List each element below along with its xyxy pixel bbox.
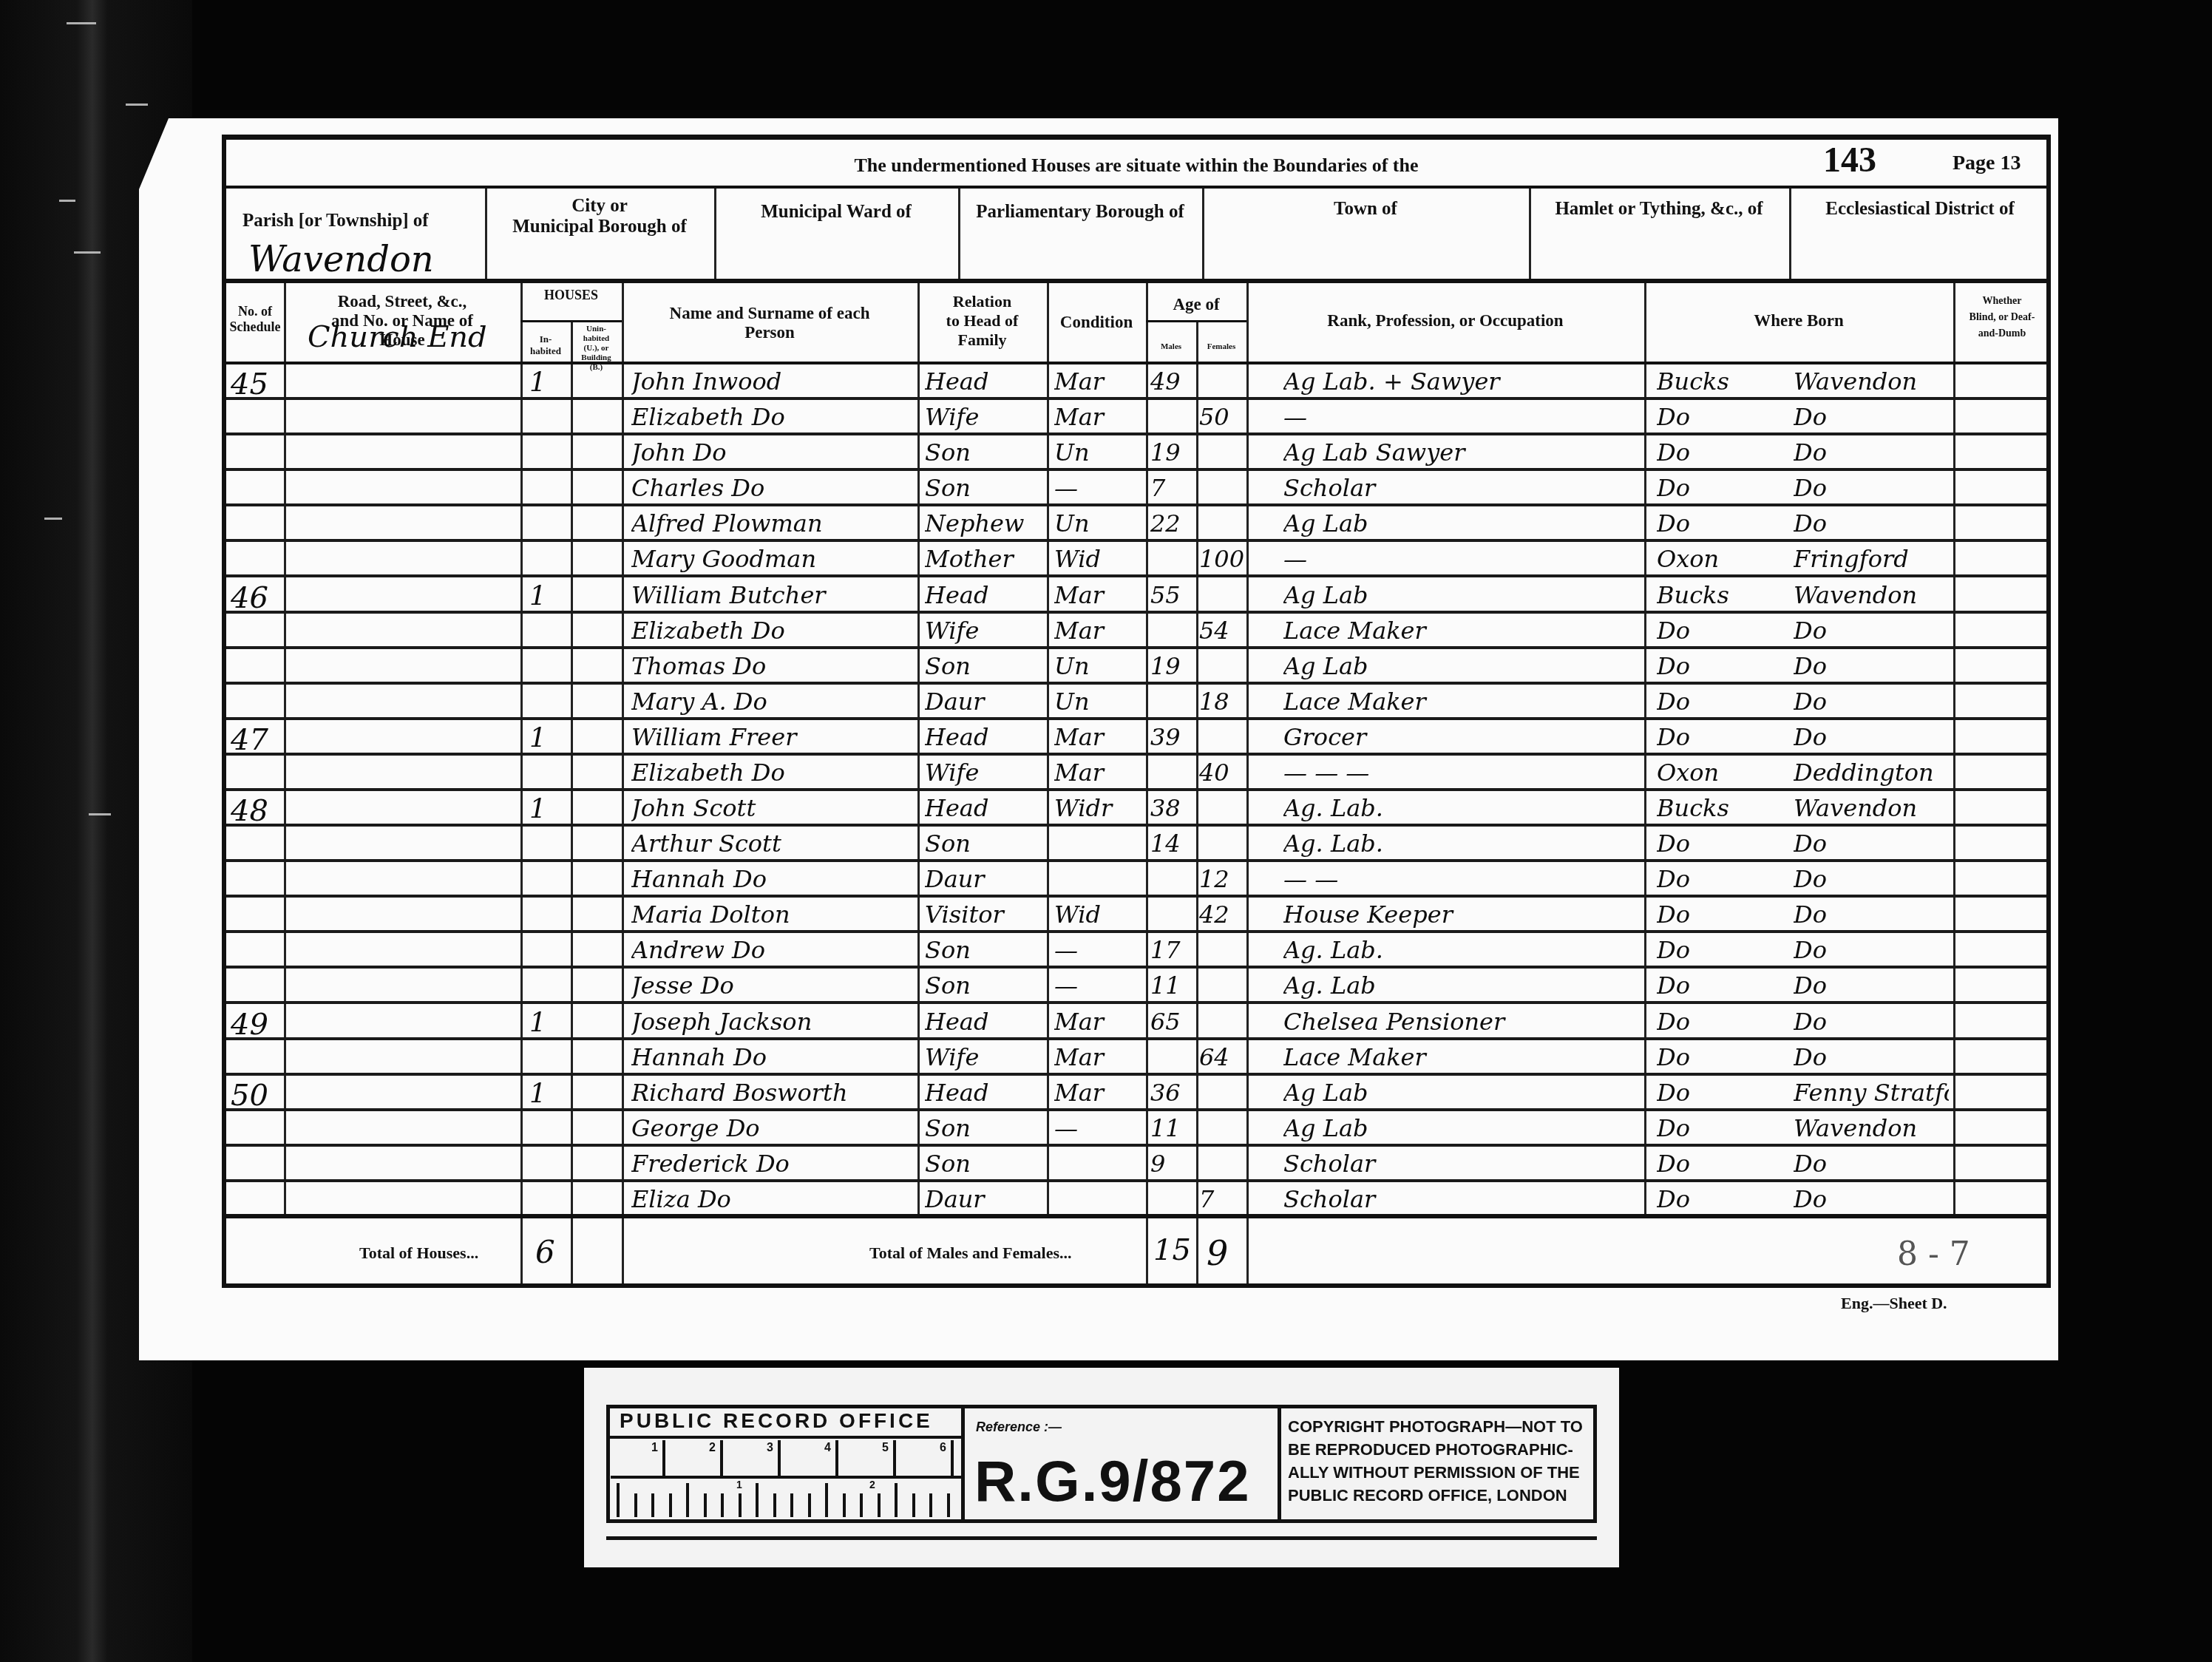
cell-born-place: Do bbox=[1794, 474, 1949, 502]
city-label: City or Municipal Borough of bbox=[485, 196, 714, 237]
cell-born-place: Wavendon bbox=[1794, 794, 1949, 822]
census-page: The undermentioned Houses are situate wi… bbox=[139, 118, 2058, 1360]
cell-born-place: Do bbox=[1794, 830, 1949, 858]
cell-name: John Scott bbox=[631, 794, 920, 822]
cell-name: William Freer bbox=[631, 723, 920, 751]
cell-age-m: 38 bbox=[1150, 794, 1196, 822]
ruler-tick bbox=[878, 1493, 881, 1517]
schedule-header-line: Schedule bbox=[226, 319, 284, 335]
cell-inhabited: 1 bbox=[529, 1079, 566, 1109]
cell-born-place: Do bbox=[1794, 900, 1949, 929]
cell-name: Joseph Jackson bbox=[631, 1008, 920, 1036]
cell-age-m: 11 bbox=[1150, 1114, 1196, 1142]
copyright-line: COPYRIGHT PHOTOGRAPH—NOT TO bbox=[1288, 1415, 1583, 1438]
cell-condition: Un bbox=[1054, 688, 1146, 716]
ruler-cell: 4 bbox=[784, 1440, 838, 1476]
cell-born-county: Oxon bbox=[1657, 759, 1790, 787]
cell-relation: Wife bbox=[925, 617, 1047, 645]
cell-born-place: Do bbox=[1794, 936, 1949, 964]
film-scratch bbox=[74, 251, 101, 254]
ruler-tick bbox=[721, 1493, 724, 1517]
cell-relation: Daur bbox=[925, 865, 1047, 893]
divider bbox=[226, 1214, 2046, 1218]
ruler-cell: 2 bbox=[668, 1440, 723, 1476]
cell-born-county: Do bbox=[1657, 830, 1790, 858]
cell-age-m: 55 bbox=[1150, 581, 1196, 609]
table-row: Jesse DoSon—11Ag. LabDoDo bbox=[226, 969, 2046, 1004]
cell-relation: Mother bbox=[925, 545, 1047, 573]
cell-age-m: 14 bbox=[1150, 830, 1196, 858]
cell-born-place: Deddington bbox=[1794, 759, 1949, 787]
cell-born-place: Do bbox=[1794, 1008, 1949, 1036]
cell-name: John Do bbox=[631, 438, 920, 467]
cell-born-place: Do bbox=[1794, 1043, 1949, 1071]
cell-age-f: 40 bbox=[1199, 759, 1246, 787]
cell-occupation: Scholar bbox=[1283, 474, 1644, 502]
occupation-header: Rank, Profession, or Occupation bbox=[1246, 311, 1644, 330]
table-row: George DoSon—11Ag LabDoWavendon bbox=[226, 1111, 2046, 1147]
ruler-tick bbox=[617, 1483, 620, 1517]
cell-relation: Son bbox=[925, 1150, 1047, 1178]
cell-born-county: Do bbox=[1657, 652, 1790, 680]
cell-occupation: Ag Lab Sawyer bbox=[1283, 438, 1644, 467]
cell-relation: Son bbox=[925, 438, 1047, 467]
town-label: Town of bbox=[1202, 199, 1529, 220]
parish-value: Wavendon bbox=[248, 239, 434, 280]
table-row: Arthur ScottSon14Ag. Lab.DoDo bbox=[226, 827, 2046, 862]
divider bbox=[1278, 1405, 1281, 1523]
cell-name: Thomas Do bbox=[631, 652, 920, 680]
blind-header-line: Blind, or Deaf- bbox=[1953, 310, 2051, 326]
ruler-scale: 12345612 bbox=[611, 1440, 961, 1520]
ruler-number: 2 bbox=[869, 1479, 875, 1490]
cell-name: Charles Do bbox=[631, 474, 920, 502]
table-row: 471William FreerHeadMar39GrocerDoDo bbox=[226, 720, 2046, 756]
cell-born-place: Wavendon bbox=[1794, 581, 1949, 609]
cell-born-place: Do bbox=[1794, 688, 1949, 716]
cell-condition: Mar bbox=[1054, 1008, 1146, 1036]
schedule-header: No. of Schedule bbox=[226, 304, 284, 335]
relation-header-line: to Head of bbox=[917, 311, 1047, 330]
blind-header-line: and-Dumb bbox=[1953, 326, 2051, 342]
cell-age-f: 50 bbox=[1199, 403, 1246, 431]
cell-born-county: Do bbox=[1657, 438, 1790, 467]
cell-name: Jesse Do bbox=[631, 971, 920, 1000]
ruler-tick bbox=[808, 1493, 811, 1517]
table-row: Mary A. DoDaurUn18Lace MakerDoDo bbox=[226, 685, 2046, 720]
table-row: Elizabeth DoWifeMar50—DoDo bbox=[226, 400, 2046, 435]
ruler-tick bbox=[634, 1493, 637, 1517]
cell-inhabited: 1 bbox=[529, 723, 566, 753]
table-row: Alfred PlowmanNephewUn22Ag LabDoDo bbox=[226, 506, 2046, 542]
cell-age-m: 9 bbox=[1150, 1150, 1196, 1178]
ruler-tick bbox=[912, 1493, 915, 1517]
city-label-line: City or bbox=[485, 196, 714, 217]
uninhabited-header-line: habited bbox=[571, 334, 622, 344]
cell-relation: Son bbox=[925, 830, 1047, 858]
cell-born-county: Do bbox=[1657, 936, 1790, 964]
ruler-tick bbox=[825, 1483, 828, 1517]
ruler-tick bbox=[843, 1493, 846, 1517]
cell-occupation: — — bbox=[1283, 865, 1644, 893]
inhabited-header-line: In- bbox=[520, 333, 571, 345]
ruler-tick bbox=[790, 1493, 793, 1517]
cell-name: Mary A. Do bbox=[631, 688, 920, 716]
cell-name: Richard Bosworth bbox=[631, 1079, 920, 1107]
blind-deaf-header: Whether Blind, or Deaf- and-Dumb bbox=[1953, 294, 2051, 342]
ruler-number: 4 bbox=[824, 1442, 831, 1455]
ruler-number: 3 bbox=[767, 1442, 773, 1455]
film-scratch bbox=[59, 200, 75, 202]
cell-relation: Son bbox=[925, 1114, 1047, 1142]
cell-occupation: Chelsea Pensioner bbox=[1283, 1008, 1644, 1036]
inhabited-header-line: habited bbox=[520, 345, 571, 357]
cell-relation: Wife bbox=[925, 759, 1047, 787]
cell-occupation: Lace Maker bbox=[1283, 617, 1644, 645]
cell-occupation: Ag Lab. + Sawyer bbox=[1283, 367, 1644, 396]
cell-occupation: House Keeper bbox=[1283, 900, 1644, 929]
cell-occupation: Scholar bbox=[1283, 1185, 1644, 1213]
cell-born-county: Do bbox=[1657, 865, 1790, 893]
table-row: Maria DoltonVisitorWid42House KeeperDoDo bbox=[226, 898, 2046, 933]
ruler-tick bbox=[929, 1493, 932, 1517]
relation-header: Relation to Head of Family bbox=[917, 292, 1047, 350]
cell-relation: Wife bbox=[925, 1043, 1047, 1071]
ruler-cell: 1 bbox=[611, 1440, 665, 1476]
relation-header-line: Family bbox=[917, 330, 1047, 350]
cell-occupation: Lace Maker bbox=[1283, 688, 1644, 716]
uninhabited-header-line: (U.), or bbox=[571, 344, 622, 353]
cell-age-m: 11 bbox=[1150, 971, 1196, 1000]
ruler-tick bbox=[773, 1493, 776, 1517]
cell-age-f: 42 bbox=[1199, 900, 1246, 929]
cell-relation: Son bbox=[925, 936, 1047, 964]
film-scratch bbox=[44, 518, 62, 520]
houses-header: HOUSES bbox=[520, 288, 622, 303]
cell-age-f: 7 bbox=[1199, 1185, 1246, 1213]
ruler-number: 2 bbox=[709, 1442, 716, 1455]
cell-name: Mary Goodman bbox=[631, 545, 920, 573]
copyright-line: BE REPRODUCED PHOTOGRAPHIC- bbox=[1288, 1438, 1583, 1461]
cell-name: Eliza Do bbox=[631, 1185, 920, 1213]
ward-label: Municipal Ward of bbox=[714, 202, 958, 223]
cell-born-county: Do bbox=[1657, 971, 1790, 1000]
table-row: Hannah DoWifeMar64Lace MakerDoDo bbox=[226, 1040, 2046, 1076]
cell-condition: Un bbox=[1054, 652, 1146, 680]
cell-name: Hannah Do bbox=[631, 865, 920, 893]
cell-born-county: Do bbox=[1657, 1185, 1790, 1213]
ruler-number: 1 bbox=[651, 1442, 658, 1455]
cell-born-place: Do bbox=[1794, 865, 1949, 893]
cell-born-county: Bucks bbox=[1657, 367, 1790, 396]
cell-inhabited: 1 bbox=[529, 367, 566, 398]
cell-born-place: Do bbox=[1794, 1150, 1949, 1178]
name-header-line: Person bbox=[622, 323, 917, 342]
cell-name: George Do bbox=[631, 1114, 920, 1142]
cell-born-place: Wavendon bbox=[1794, 1114, 1949, 1142]
cell-relation: Head bbox=[925, 1079, 1047, 1107]
divider bbox=[226, 186, 2046, 189]
cell-age-f: 64 bbox=[1199, 1043, 1246, 1071]
cell-condition: Mar bbox=[1054, 581, 1146, 609]
cell-born-place: Fringford bbox=[1794, 545, 1949, 573]
divider bbox=[611, 1476, 961, 1479]
ruler-tick bbox=[704, 1493, 707, 1517]
divider bbox=[226, 279, 2046, 283]
total-males-value: 15 bbox=[1153, 1233, 1191, 1267]
cell-occupation: Ag. Lab bbox=[1283, 971, 1644, 1000]
parish-label: Parish [or Township] of bbox=[242, 211, 429, 231]
cell-relation: Daur bbox=[925, 1185, 1047, 1213]
cell-relation: Head bbox=[925, 367, 1047, 396]
cell-condition: Wid bbox=[1054, 900, 1146, 929]
cell-inhabited: 1 bbox=[529, 581, 566, 611]
cell-born-county: Do bbox=[1657, 1150, 1790, 1178]
film-scratch bbox=[126, 104, 148, 106]
ruler-tick bbox=[651, 1493, 654, 1517]
cell-name: Elizabeth Do bbox=[631, 403, 920, 431]
name-header-line: Name and Surname of each bbox=[622, 304, 917, 323]
boundary-heading: The undermentioned Houses are situate wi… bbox=[226, 155, 2046, 177]
cell-condition: Mar bbox=[1054, 759, 1146, 787]
cell-age-m: 36 bbox=[1150, 1079, 1196, 1107]
cell-age-m: 65 bbox=[1150, 1008, 1196, 1036]
cell-born-place: Do bbox=[1794, 403, 1949, 431]
ruler-tick bbox=[686, 1483, 689, 1517]
cell-born-county: Do bbox=[1657, 723, 1790, 751]
cell-relation: Head bbox=[925, 1008, 1047, 1036]
cell-age-f: 12 bbox=[1199, 865, 1246, 893]
cell-condition: Widr bbox=[1054, 794, 1146, 822]
cell-condition: Un bbox=[1054, 438, 1146, 467]
cell-occupation: — — — bbox=[1283, 759, 1644, 787]
cell-born-county: Do bbox=[1657, 1043, 1790, 1071]
divider bbox=[520, 320, 622, 322]
cell-name: William Butcher bbox=[631, 581, 920, 609]
cell-age-m: 17 bbox=[1150, 936, 1196, 964]
cell-age-m: 22 bbox=[1150, 509, 1196, 537]
cell-relation: Son bbox=[925, 652, 1047, 680]
table-row: Elizabeth DoWifeMar54Lace MakerDoDo bbox=[226, 614, 2046, 649]
cell-age-f: 54 bbox=[1199, 617, 1246, 645]
cell-occupation: Lace Maker bbox=[1283, 1043, 1644, 1071]
cell-occupation: Ag Lab bbox=[1283, 581, 1644, 609]
table-row: Elizabeth DoWifeMar40— — —OxonDeddington bbox=[226, 756, 2046, 791]
cell-occupation: Ag Lab bbox=[1283, 1114, 1644, 1142]
cell-relation: Head bbox=[925, 581, 1047, 609]
cell-name: Alfred Plowman bbox=[631, 509, 920, 537]
ruler-number: 5 bbox=[882, 1442, 889, 1455]
cell-condition: Mar bbox=[1054, 1043, 1146, 1071]
cell-name: Maria Dolton bbox=[631, 900, 920, 929]
age-header: Age of bbox=[1146, 295, 1246, 314]
table-row: Hannah DoDaur12— —DoDo bbox=[226, 862, 2046, 898]
cell-name: Arthur Scott bbox=[631, 830, 920, 858]
ruler-tick bbox=[739, 1493, 742, 1517]
road-header-line: Road, Street, &c., bbox=[284, 292, 520, 311]
cell-condition: Wid bbox=[1054, 545, 1146, 573]
cell-name: Hannah Do bbox=[631, 1043, 920, 1071]
cell-relation: Head bbox=[925, 723, 1047, 751]
cell-age-m: 19 bbox=[1150, 652, 1196, 680]
cell-condition: — bbox=[1054, 936, 1146, 964]
relation-header-line: Relation bbox=[917, 292, 1047, 311]
cell-occupation: Ag. Lab. bbox=[1283, 936, 1644, 964]
cell-name: Frederick Do bbox=[631, 1150, 920, 1178]
cell-age-m: 39 bbox=[1150, 723, 1196, 751]
sheet-label: Eng.—Sheet D. bbox=[1841, 1294, 1947, 1313]
cell-relation: Daur bbox=[925, 688, 1047, 716]
cell-occupation: Ag. Lab. bbox=[1283, 830, 1644, 858]
total-annotation: 8 - 7 bbox=[1897, 1235, 1970, 1273]
ruler-cell: 6 bbox=[899, 1440, 954, 1476]
ruler-number: 6 bbox=[940, 1442, 946, 1455]
copyright-notice: COPYRIGHT PHOTOGRAPH—NOT TO BE REPRODUCE… bbox=[1288, 1415, 1583, 1507]
cell-name: Elizabeth Do bbox=[631, 617, 920, 645]
cell-age-m: 49 bbox=[1150, 367, 1196, 396]
blind-header-line: Whether bbox=[1953, 294, 2051, 310]
cell-age-m: 19 bbox=[1150, 438, 1196, 467]
parliamentary-borough-label: Parliamentary Borough of bbox=[958, 202, 1202, 223]
cell-born-county: Do bbox=[1657, 403, 1790, 431]
cell-name: Elizabeth Do bbox=[631, 759, 920, 787]
divider bbox=[1146, 320, 1246, 322]
cell-born-place: Do bbox=[1794, 509, 1949, 537]
table-row: John DoSonUn19Ag Lab SawyerDoDo bbox=[226, 435, 2046, 471]
cell-condition: Mar bbox=[1054, 1079, 1146, 1107]
cell-born-place: Do bbox=[1794, 652, 1949, 680]
cell-name: Andrew Do bbox=[631, 936, 920, 964]
cell-born-county: Do bbox=[1657, 1114, 1790, 1142]
divider bbox=[961, 1405, 965, 1523]
divider bbox=[606, 1536, 1597, 1540]
cell-relation: Nephew bbox=[925, 509, 1047, 537]
table-row: Mary GoodmanMotherWid100—OxonFringford bbox=[226, 542, 2046, 577]
cell-born-county: Do bbox=[1657, 688, 1790, 716]
cell-age-m: 7 bbox=[1150, 474, 1196, 502]
cell-condition: Mar bbox=[1054, 617, 1146, 645]
cell-condition: — bbox=[1054, 1114, 1146, 1142]
pro-office-title: PUBLIC RECORD OFFICE bbox=[620, 1409, 933, 1433]
cell-born-county: Do bbox=[1657, 1008, 1790, 1036]
census-rows: 451John InwoodHeadMar49Ag Lab. + SawyerB… bbox=[226, 364, 2046, 1218]
cell-relation: Head bbox=[925, 794, 1047, 822]
cell-occupation: — bbox=[1283, 403, 1644, 431]
cell-relation: Visitor bbox=[925, 900, 1047, 929]
cell-inhabited: 1 bbox=[529, 794, 566, 824]
name-header: Name and Surname of each Person bbox=[622, 304, 917, 342]
ruler-cell: 5 bbox=[841, 1440, 896, 1476]
cell-age-f: 18 bbox=[1199, 688, 1246, 716]
cell-born-place: Do bbox=[1794, 617, 1949, 645]
table-row: 461William ButcherHeadMar55Ag LabBucksWa… bbox=[226, 578, 2046, 614]
road-value: Church End bbox=[308, 320, 487, 354]
copyright-line: ALLY WITHOUT PERMISSION OF THE bbox=[1288, 1461, 1583, 1484]
total-females-value: 9 bbox=[1207, 1233, 1228, 1273]
hamlet-label: Hamlet or Tything, &c., of bbox=[1529, 199, 1789, 220]
table-row: 481John ScottHeadWidr38Ag. Lab.BucksWave… bbox=[226, 791, 2046, 827]
cell-born-county: Bucks bbox=[1657, 794, 1790, 822]
census-form: The undermentioned Houses are situate wi… bbox=[222, 135, 2051, 1288]
condition-header: Condition bbox=[1047, 313, 1146, 332]
ruler-tick bbox=[860, 1493, 863, 1517]
film-scratch bbox=[89, 813, 111, 815]
age-females-header: Females bbox=[1196, 342, 1246, 351]
cell-relation: Wife bbox=[925, 403, 1047, 431]
cell-born-place: Wavendon bbox=[1794, 367, 1949, 396]
ruler-tick bbox=[756, 1483, 759, 1517]
cell-occupation: — bbox=[1283, 545, 1644, 573]
reference-label: Reference :— bbox=[976, 1420, 1062, 1435]
cell-occupation: Grocer bbox=[1283, 723, 1644, 751]
folio-number: 143 bbox=[1823, 140, 1876, 180]
cell-condition: Mar bbox=[1054, 403, 1146, 431]
page-label: Page 13 bbox=[1953, 152, 2021, 175]
cell-born-county: Do bbox=[1657, 900, 1790, 929]
table-row: Eliza DoDaur7ScholarDoDo bbox=[226, 1182, 2046, 1218]
cell-condition: — bbox=[1054, 971, 1146, 1000]
cell-condition: Mar bbox=[1054, 723, 1146, 751]
uninhabited-header-line: Unin- bbox=[571, 325, 622, 334]
total-persons-label: Total of Males and Females... bbox=[869, 1244, 1072, 1263]
cell-relation: Son bbox=[925, 971, 1047, 1000]
cell-born-county: Do bbox=[1657, 1079, 1790, 1107]
cell-inhabited: 1 bbox=[529, 1008, 566, 1038]
inhabited-header: In- habited bbox=[520, 333, 571, 357]
ecclesiastical-district-label: Ecclesiastical District of bbox=[1789, 199, 2051, 220]
total-houses-label: Total of Houses... bbox=[359, 1244, 478, 1263]
city-label-line: Municipal Borough of bbox=[485, 217, 714, 237]
cell-born-county: Do bbox=[1657, 617, 1790, 645]
film-scratch bbox=[67, 22, 96, 24]
cell-relation: Son bbox=[925, 474, 1047, 502]
where-born-header: Where Born bbox=[1644, 311, 1953, 330]
reference-value: R.G.9/872 bbox=[974, 1448, 1251, 1515]
cell-condition: Un bbox=[1054, 509, 1146, 537]
cell-occupation: Scholar bbox=[1283, 1150, 1644, 1178]
cell-condition: — bbox=[1054, 474, 1146, 502]
cell-born-place: Do bbox=[1794, 438, 1949, 467]
cell-occupation: Ag Lab bbox=[1283, 652, 1644, 680]
table-row: 491Joseph JacksonHeadMar65Chelsea Pensio… bbox=[226, 1005, 2046, 1040]
cell-occupation: Ag Lab bbox=[1283, 1079, 1644, 1107]
ruler-number: 1 bbox=[736, 1479, 742, 1490]
cell-born-place: Do bbox=[1794, 723, 1949, 751]
cell-born-place: Do bbox=[1794, 971, 1949, 1000]
cell-condition: Mar bbox=[1054, 367, 1146, 396]
table-row: Andrew DoSon—17Ag. Lab.DoDo bbox=[226, 933, 2046, 969]
cell-born-place: Do bbox=[1794, 1185, 1949, 1213]
ruler-tick bbox=[947, 1493, 950, 1517]
cell-occupation: Ag Lab bbox=[1283, 509, 1644, 537]
ruler-cell: 3 bbox=[726, 1440, 781, 1476]
cell-born-county: Bucks bbox=[1657, 581, 1790, 609]
cell-born-county: Do bbox=[1657, 509, 1790, 537]
cell-age-f: 100 bbox=[1199, 545, 1246, 573]
table-row: 451John InwoodHeadMar49Ag Lab. + SawyerB… bbox=[226, 364, 2046, 400]
schedule-header-line: No. of bbox=[226, 304, 284, 319]
cell-occupation: Ag. Lab. bbox=[1283, 794, 1644, 822]
age-males-header: Males bbox=[1146, 342, 1196, 351]
cell-born-county: Oxon bbox=[1657, 545, 1790, 573]
cell-name: John Inwood bbox=[631, 367, 920, 396]
table-row: 501Richard BosworthHeadMar36Ag LabDoFenn… bbox=[226, 1076, 2046, 1111]
table-row: Charles DoSon—7ScholarDoDo bbox=[226, 471, 2046, 506]
cell-born-place: Fenny Stratford bbox=[1794, 1079, 1949, 1107]
table-row: Thomas DoSonUn19Ag LabDoDo bbox=[226, 649, 2046, 685]
table-row: Frederick DoSon9ScholarDoDo bbox=[226, 1147, 2046, 1182]
pro-reference-label: PUBLIC RECORD OFFICE 12345612 Reference … bbox=[584, 1368, 1619, 1567]
